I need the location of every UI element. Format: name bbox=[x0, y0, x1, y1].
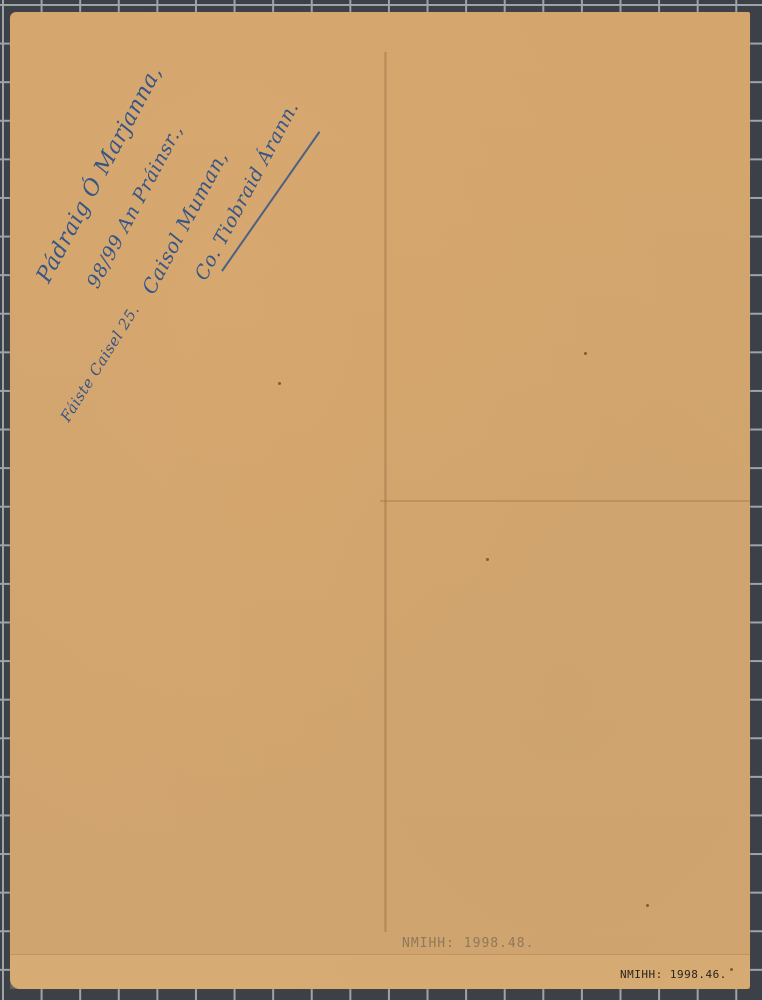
ink-catalogue-number: NMIHH: 1998.46. bbox=[620, 968, 727, 981]
paper-speck bbox=[486, 558, 489, 561]
paper-speck bbox=[278, 382, 281, 385]
vertical-fold-line bbox=[384, 52, 387, 932]
horizontal-fold-line bbox=[380, 500, 750, 502]
pencil-catalogue-number: NMIHH: 1998.48. bbox=[402, 936, 534, 951]
paper-speck bbox=[646, 904, 649, 907]
document-sheet: Pádraig Ó Marjanna, 98/99 An Práinsr., C… bbox=[10, 12, 750, 989]
paper-speck bbox=[584, 352, 587, 355]
handwritten-note: Fáiste Caisel 25. bbox=[57, 302, 143, 425]
paper-speck bbox=[730, 968, 733, 971]
